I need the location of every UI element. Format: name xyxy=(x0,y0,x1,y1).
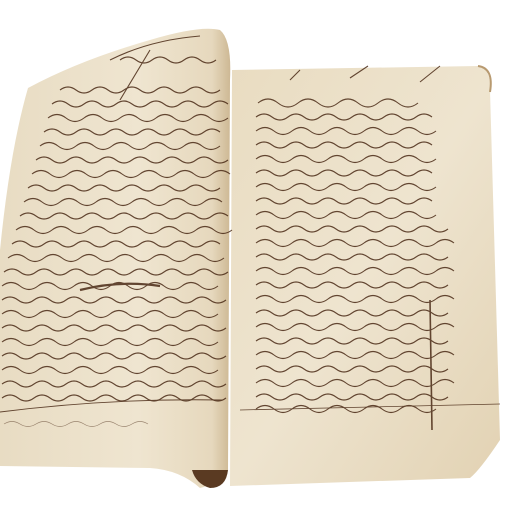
left-page xyxy=(0,29,232,488)
manuscript-photo: Open antique handwritten manuscript book xyxy=(0,0,512,512)
manuscript-illustration xyxy=(0,0,512,512)
right-page xyxy=(230,66,500,486)
